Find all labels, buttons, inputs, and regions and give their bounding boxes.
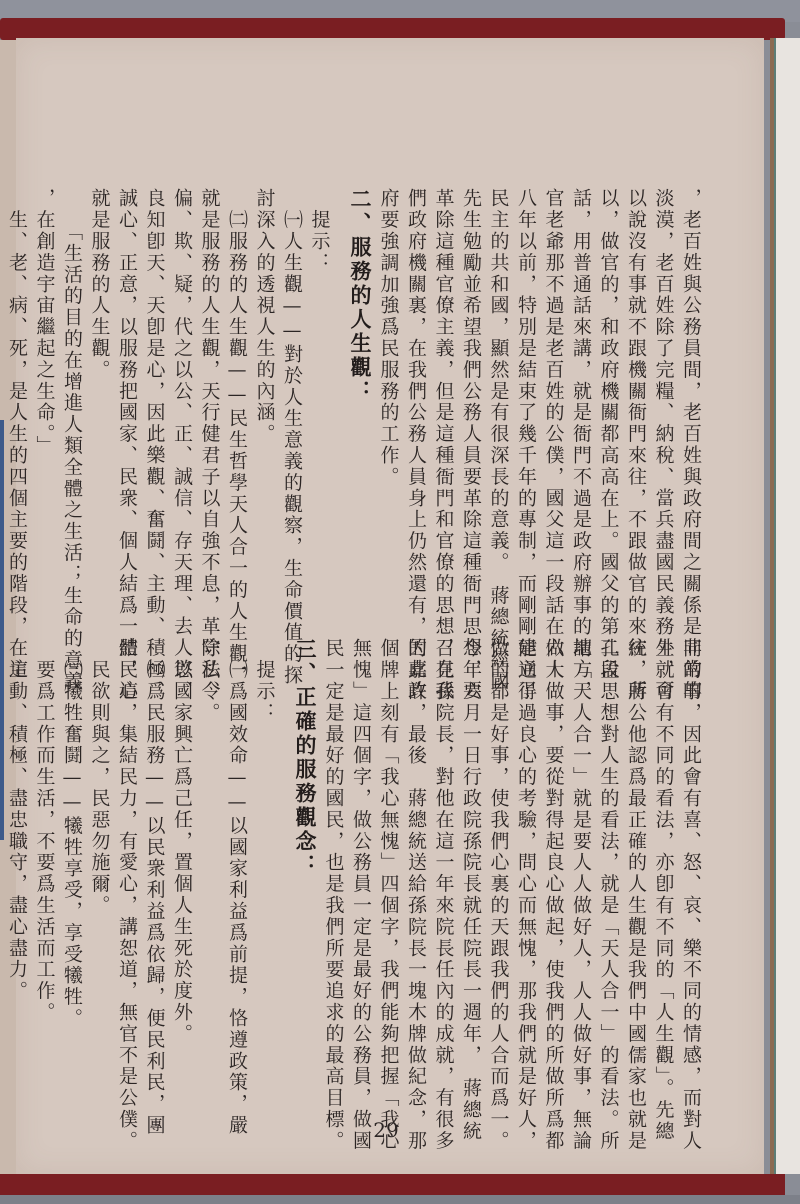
text-column: 以說沒有事就不跟機關衙門來往，不跟做官的來往，所	[622, 188, 650, 628]
top-paragraph: ，老百姓與公務員間，老百姓與政府間之關係是非常的 淡漠，老百姓除了完糧、納稅、當…	[0, 188, 704, 628]
text-column: 就是服務的人生觀。	[85, 188, 113, 628]
text-column: 今年六月一日行政院孫院長就任院長一週年， 蔣總統	[457, 638, 485, 1078]
text-column: 就是服務的人生觀，天行健君子以自強不息，革除私、	[195, 188, 223, 628]
text-column: 要爲工作而生活，不要爲生活而工作。	[30, 638, 58, 1078]
text-column: 守法令。	[195, 638, 223, 1078]
text-column: 以國家興亡爲己任，置個人生死於度外。	[168, 638, 196, 1078]
text-column: 們政府機關裏，在我們公務人員身上仍然還有，因此政	[402, 188, 430, 628]
text-column: 「生活的目的在增進人類全體之生活；生命的意義	[58, 188, 86, 628]
next-page-edge	[774, 38, 800, 1174]
text-column: ，老百姓與公務員間，老百姓與政府間之關係是非常的	[677, 188, 705, 628]
text-column: 偏、欺、疑，代之以公、正、誠信、存天理、去人慾、	[168, 188, 196, 628]
text-column: 提示：	[250, 638, 278, 1078]
text-column: ㈢犧牲奮鬪——犧牲享受，享受犧牲。	[58, 638, 86, 1078]
text-column: ，在創造宇宙繼起之生命。」	[30, 188, 58, 628]
text-column: 話，用普通話來講，就是衙門不過是政府辦事的地方，	[567, 188, 595, 628]
text-column: 八年以前，特別是結束了幾千年的專制，而剛剛建立了	[512, 188, 540, 628]
text-column: 個牌上刻有「我心無愧」四個字，我們能夠把握「我心	[374, 638, 402, 1078]
book-page: ，老百姓與公務員間，老百姓與政府間之關係是非常的 淡漠，老百姓除了完糧、納稅、當…	[16, 38, 764, 1174]
book-cover-edge-top	[0, 18, 785, 40]
text-column: 淡漠，老百姓除了完糧、納稅、當兵盡國民義務外，可	[649, 188, 677, 628]
text-column: 良知卽天、天卽是心，因此樂觀、奮鬪、主動、積極、	[140, 188, 168, 628]
text-column: 孔孟思想對人生的看法，就是「天人合一」的看法。所	[594, 638, 622, 1078]
text-column: 同的事，因此會有喜、怒、哀、樂不同的情感，而對人	[677, 638, 705, 1078]
text-column: 生、老、病、死，是人生的四個主要的階段，在這	[3, 188, 31, 628]
text-column: ㈠爲國效命——以國家利益爲前提，恪遵政策，嚴	[223, 638, 251, 1078]
page-number: 29	[356, 1118, 416, 1142]
text-column: 革除這種官僚主義，但是這種衙門和官僚的思想，在我	[429, 188, 457, 628]
text-column: 無愧」這四個字，做公務員一定是最好的公務員，做國	[347, 638, 375, 1078]
bottom-paragraph: 同的事，因此會有喜、怒、哀、樂不同的情感，而對人 生就會有不同的看法，亦卽有不同…	[0, 638, 704, 1078]
text-column: 生就會有不同的看法，亦卽有不同的「人生觀」。先總	[649, 638, 677, 1078]
text-column: 先生勉勵並希望我們公務人員要革除這種衙門思想，要	[457, 188, 485, 628]
text-column: 府要強調加強爲民服務的工作。	[374, 188, 402, 628]
text-column: ㈡服務的人生觀——民生哲學天人合一的人生觀，	[223, 188, 251, 628]
text-column: ㈠人生觀——對於人生意義的觀察，生命價值的探	[278, 188, 306, 628]
text-column: 以，做官的，和政府機關都高高在上。國父的第二段	[594, 188, 622, 628]
text-column: ㈡爲民服務——以民衆利益爲依歸，便民利民，團	[140, 638, 168, 1078]
text-column: 的嘉許，最後 蔣總統送給孫院長一塊木牌做紀念，那	[402, 638, 430, 1078]
text-column: 統 蔣公他認爲最正確的人生觀是我們中國儒家也就是	[622, 638, 650, 1078]
text-column: 召見孫院長，對他在這一年來院長任內的成就，有很多	[429, 638, 457, 1078]
text-column: 民欲則與之，民惡勿施爾。	[85, 638, 113, 1078]
section-two-heading: 二、服務的人生觀：	[347, 188, 375, 628]
text-column: 結民心，集結民力，有愛心，講恕道，無官不是公僕。	[113, 638, 141, 1078]
text-column: 民一定是最好的國民，也是我們所要追求的最高目標。	[319, 638, 347, 1078]
text-column: 過程中，每一個人要接觸很多不同的人，要遭遇很多不	[0, 188, 3, 628]
text-column: 謂「天人合一」就是要人人做好人，人人做好事，無論	[567, 638, 595, 1078]
text-column: 官老爺那不過是老百姓的公僕，國父這一段話在六十	[539, 188, 567, 628]
text-column: 做人做事，要從對得起良心做起，使我們的所做所爲都	[539, 638, 567, 1078]
text-column: 誠心、正意，以服務把國家、民衆、個人結爲一體，這	[113, 188, 141, 628]
text-column: 民主的共和國，顯然是有很深長的意義。 蔣總統經國	[484, 188, 512, 628]
text-column: 討深入的透視人生的內涵。	[250, 188, 278, 628]
section-three-heading: 三、正確的服務觀念：	[292, 638, 320, 1078]
text-column: 提示：	[305, 188, 333, 628]
text-column: 能通得過良心的考驗，問心而無愧，那我們就是好人，	[512, 638, 540, 1078]
text-column: 做的都是好事，使我們心裏的天跟我們的人合而爲一。	[484, 638, 512, 1078]
text-column: ㈣有爲有守——有所爲：	[0, 638, 3, 1078]
text-column: 主動、積極、盡忠職守，盡心盡力。	[3, 638, 31, 1078]
background-bottom	[0, 1195, 800, 1204]
